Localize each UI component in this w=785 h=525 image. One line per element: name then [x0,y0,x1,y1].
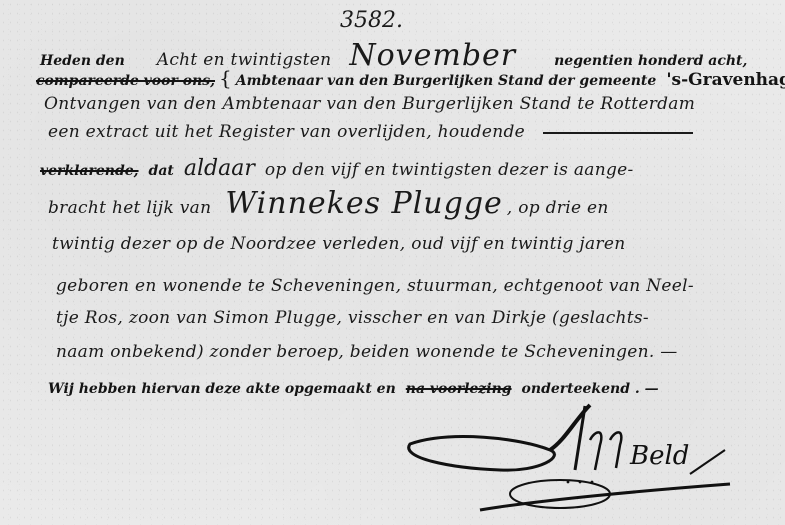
hand-op-drie: , op drie en [507,198,609,218]
line-body: bracht het lijk van Winnekes Plugge , op… [48,186,609,221]
struck-na-voorlezing: na voorlezing [406,381,512,397]
brace-mark: { [219,66,232,90]
hand-date-found: op den vijf en twintigsten dezer is aang… [265,160,634,180]
line-extract: een extract uit het Register van overlij… [48,122,693,142]
akte-number: 3582. [340,8,403,33]
hand-aldaar: aldaar [184,156,255,181]
official-signature: Beld [390,400,750,520]
filler-dash [543,132,693,134]
svg-text:Beld: Beld [629,441,689,471]
line-parents: tje Ros, zoon van Simon Plugge, visscher… [56,308,649,328]
signature-flourish-icon: Beld [390,400,750,520]
line-closing: Wij hebben hiervan deze akte opgemaakt e… [48,380,659,398]
akte-number-text: 3582. [340,8,403,33]
line-born: geboren en wonende te Scheveningen, stuu… [56,276,694,296]
printed-ambtenaar: Ambtenaar van den Burgerlijken Stand der… [236,73,657,89]
line-office: compareerde voor ons, { Ambtenaar van de… [36,66,785,90]
line-declaration: verklarende, dat aldaar op den vijf en t… [40,156,634,181]
line-received: Ontvangen van den Ambtenaar van den Burg… [44,94,695,114]
struck-compareerde: compareerde voor ons, [36,73,215,89]
printed-onderteekend: onderteekend . — [522,381,659,397]
deceased-name: Winnekes Plugge [225,186,502,221]
struck-verklarende: verklarende, [40,163,139,179]
printed-dat: dat [149,163,174,179]
document-page: 3582. Heden den Acht en twintigsten Nove… [0,0,785,525]
printed-city: 's-Gravenhage, [666,70,785,90]
hand-extract: een extract uit het Register van overlij… [48,122,525,142]
hand-bracht: bracht het lijk van [48,198,211,218]
printed-wij-hebben: Wij hebben hiervan deze akte opgemaakt e… [48,381,396,397]
line-noordzee: twintig dezer op de Noordzee verleden, o… [52,234,625,254]
line-residence: naam onbekend) zonder beroep, beiden won… [56,342,678,362]
